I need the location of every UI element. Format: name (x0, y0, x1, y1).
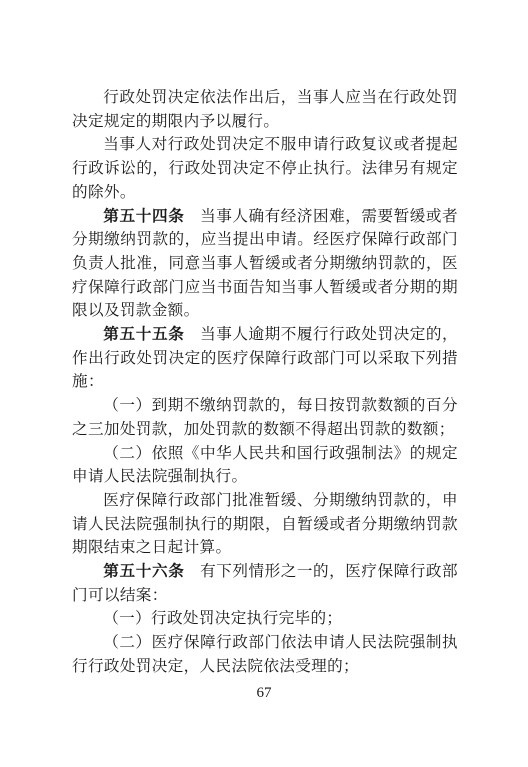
list-item: （一）行政处罚决定执行完毕的； (72, 607, 458, 631)
paragraph-text: （二）依照《中华人民共和国行政强制法》的规定申请人民法院强制执行。 (72, 444, 458, 486)
paragraph: 当事人对行政处罚决定不服申请行政复议或者提起行政诉讼的，行政处罚决定不停止执行。… (72, 133, 458, 204)
paragraph-text: 当事人对行政处罚决定不服申请行政复议或者提起行政诉讼的，行政处罚决定不停止执行。… (72, 135, 458, 200)
paragraph-text: 医疗保障行政部门批准暂缓、分期缴纳罚款的，申请人民法院强制执行的期限，自暂缓或者… (72, 491, 458, 556)
page-number: 67 (0, 685, 528, 702)
list-item: （二）医疗保障行政部门依法申请人民法院强制执行行政处罚决定，人民法院依法受理的； (72, 631, 458, 678)
article-56: 第五十六条有下列情形之一的，医疗保障行政部门可以结案： (72, 560, 458, 607)
paragraph: 行政处罚决定依法作出后，当事人应当在行政处罚决定规定的期限内予以履行。 (72, 86, 458, 133)
list-item: （二）依照《中华人民共和国行政强制法》的规定申请人民法院强制执行。 (72, 442, 458, 489)
paragraph-text: （二）医疗保障行政部门依法申请人民法院强制执行行政处罚决定，人民法院依法受理的； (72, 633, 458, 675)
article-55: 第五十五条当事人逾期不履行行政处罚决定的，作出行政处罚决定的医疗保障行政部门可以… (72, 323, 458, 394)
paragraph-text: （一）到期不缴纳罚款的，每日按罚款数额的百分之三加处罚款，加处罚款的数额不得超出… (72, 396, 458, 438)
article-number: 第五十四条 (103, 207, 184, 225)
paragraph-text: （一）行政处罚决定执行完毕的； (103, 609, 342, 627)
article-number: 第五十六条 (103, 562, 184, 580)
paragraph-text: 行政处罚决定依法作出后，当事人应当在行政处罚决定规定的期限内予以履行。 (72, 88, 458, 130)
article-number: 第五十五条 (103, 325, 184, 343)
paragraph: 医疗保障行政部门批准暂缓、分期缴纳罚款的，申请人民法院强制执行的期限，自暂缓或者… (72, 489, 458, 560)
list-item: （一）到期不缴纳罚款的，每日按罚款数额的百分之三加处罚款，加处罚款的数额不得超出… (72, 394, 458, 441)
article-54: 第五十四条当事人确有经济困难，需要暂缓或者分期缴纳罚款的，应当提出申请。经医疗保… (72, 205, 458, 324)
document-page-body: 行政处罚决定依法作出后，当事人应当在行政处罚决定规定的期限内予以履行。 当事人对… (72, 86, 458, 679)
